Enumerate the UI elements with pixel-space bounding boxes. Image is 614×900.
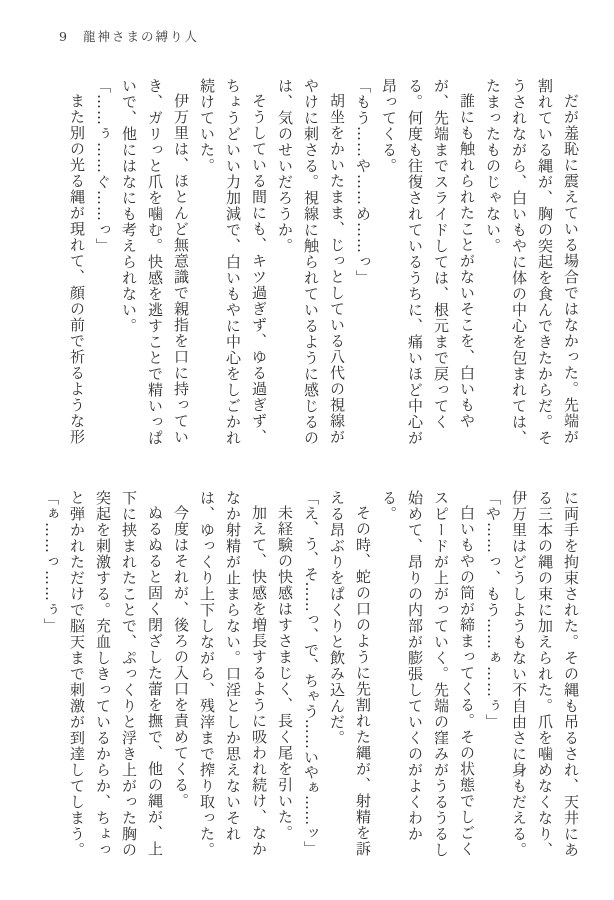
dialogue-line: 「……ぅ……ぐ……っ」 (90, 78, 116, 446)
page-number: 9 (59, 29, 69, 44)
paragraph: 胡坐をかいたまま、じっとしている八代の視線がやけに刺さる。視線に触られているよう… (272, 78, 350, 446)
dialogue-line: 「ぁ……っ……ぅ」 (38, 490, 64, 858)
dialogue-line: 「や……っ、もう……ぁ……ぅ」 (480, 490, 506, 858)
dialogue-line: 「え、う、そ……っ、で、ちゃう……いやぁ……ッ」 (298, 490, 324, 858)
paragraph: に両手を拘束された。その縄も吊るされ、天井にある三本の縄の束に加えられた。爪を噛… (506, 490, 584, 858)
paragraph: 未経験の快感はすさまじく、長く尾を引いた。 (272, 490, 298, 858)
paragraph: ぬるぬると固く閉ざした蕾を撫で、他の縄が、上下に挟まれたことで、ぷっくりと浮き上… (64, 490, 168, 858)
running-header: 9龍神さまの縛り人 (59, 27, 199, 45)
paragraph: 加えて、快感を増長するように吸われ続け、なかなか射精が止まらない。口淫としか思え… (194, 490, 272, 858)
book-page: 9龍神さまの縛り人 だが羞恥に震えている場合ではなかった。先端が割れている縄が、… (0, 0, 614, 900)
paragraph: 今度はそれが、後ろの入口を責めてくる。 (168, 490, 194, 858)
text-tier-top: だが羞恥に震えている場合ではなかった。先端が割れている縄が、胸の突起を食んできた… (32, 78, 584, 446)
paragraph: だが羞恥に震えている場合ではなかった。先端が割れている縄が、胸の突起を食んできた… (480, 78, 584, 446)
dialogue-line: 「もう……や……め……っ」 (350, 78, 376, 446)
text-tier-bottom: に両手を拘束された。その縄も吊るされ、天井にある三本の縄の束に加えられた。爪を噛… (32, 490, 584, 858)
paragraph: 白いもやの筒が締まってくる。その状態でしごくスピードが上がっていく。先端の窪みが… (376, 490, 480, 858)
paragraph: その時、蛇の口のように先割れた縄が、射精を訴える昂ぶりをぱくりと飲み込んだ。 (324, 490, 376, 858)
paragraph: 誰にも触れられたことがないそこを、白いもやが、先端までスライドしては、根元まで戻… (376, 78, 480, 446)
paragraph: そうしている間にも、キツ過ぎず、ゆる過ぎず、ちょうどいい力加減で、白いもやに中心… (194, 78, 272, 446)
book-title: 龍神さまの縛り人 (83, 29, 199, 44)
paragraph: 伊万里は、ほとんど無意識で親指を口に持っていき、ガリっと爪を噛む。快感を逃すこと… (116, 78, 194, 446)
paragraph: また別の光る縄が現れて、顔の前で祈るような形 (64, 78, 90, 446)
